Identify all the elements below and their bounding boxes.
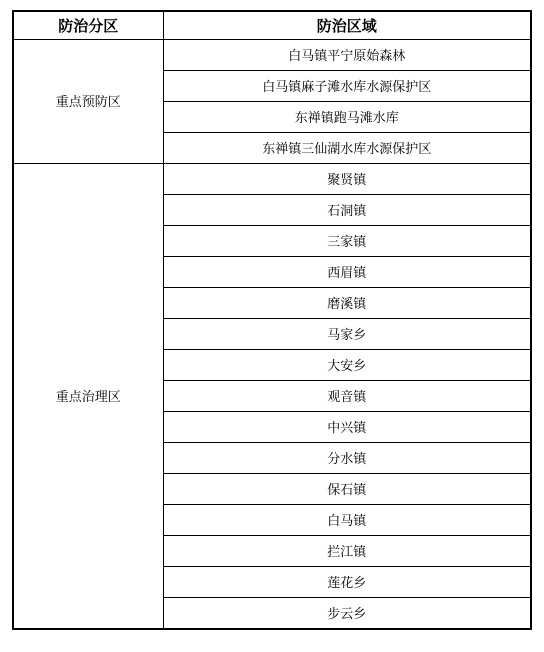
area-cell: 白马镇平宁原始森林 [163,40,531,71]
area-cell: 白马镇 [163,505,531,536]
area-cell: 拦江镇 [163,536,531,567]
header-area-column: 防治区域 [163,11,531,40]
area-cell: 东禅镇三仙湖水库水源保护区 [163,133,531,164]
area-cell: 西眉镇 [163,257,531,288]
zone-cell-key-prevention: 重点预防区 [13,40,163,164]
page: 防治分区 防治区域 重点预防区 白马镇平宁原始森林 白马镇麻子滩水库水源保护区 … [0,0,544,652]
area-cell: 东禅镇跑马滩水库 [163,102,531,133]
area-cell: 聚贤镇 [163,164,531,195]
table-row: 重点预防区 白马镇平宁原始森林 [13,40,531,71]
area-cell: 莲花乡 [163,567,531,598]
area-cell: 中兴镇 [163,412,531,443]
area-cell: 石洞镇 [163,195,531,226]
area-cell: 步云乡 [163,598,531,630]
header-row: 防治分区 防治区域 [13,11,531,40]
area-cell: 观音镇 [163,381,531,412]
header-zone-column: 防治分区 [13,11,163,40]
zone-cell-key-treatment: 重点治理区 [13,164,163,630]
area-cell: 大安乡 [163,350,531,381]
prevention-zones-table: 防治分区 防治区域 重点预防区 白马镇平宁原始森林 白马镇麻子滩水库水源保护区 … [12,10,532,630]
area-cell: 保石镇 [163,474,531,505]
area-cell: 白马镇麻子滩水库水源保护区 [163,71,531,102]
area-cell: 三家镇 [163,226,531,257]
area-cell: 分水镇 [163,443,531,474]
table-row: 重点治理区 聚贤镇 [13,164,531,195]
area-cell: 马家乡 [163,319,531,350]
area-cell: 磨溪镇 [163,288,531,319]
